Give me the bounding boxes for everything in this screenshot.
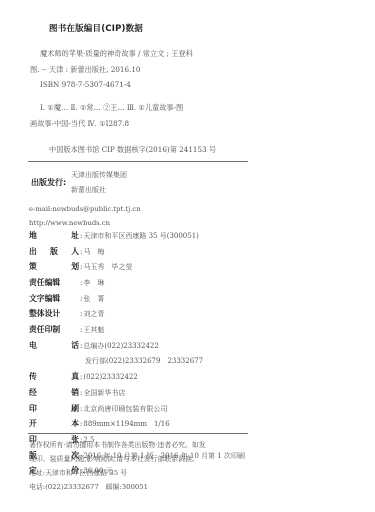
info-label-char: 策 bbox=[29, 261, 37, 272]
info-label-char: 整体设计 bbox=[29, 308, 60, 319]
info-label-char: 开 bbox=[29, 418, 37, 429]
divider-top bbox=[28, 161, 248, 162]
cip-record-line-isbn: ISBN 978-7-5307-4671-4 bbox=[30, 77, 230, 93]
label-colon: : bbox=[80, 248, 82, 256]
format-row: 开本:889mm×1194mm 1/16 bbox=[29, 418, 289, 434]
info-value: 马玉秀 毕之莹 bbox=[83, 262, 132, 272]
label-colon: : bbox=[80, 373, 82, 381]
responsible-editor-row: 责任编辑:李 琳 bbox=[29, 277, 289, 293]
cip-number: 中国版本图书馆 CIP 数据核字(2016)第 241153 号 bbox=[49, 145, 216, 155]
info-label-char: 传 bbox=[29, 371, 37, 382]
info-value: 总编办(022)23332422 bbox=[83, 341, 158, 351]
info-label-char: 地 bbox=[29, 230, 37, 241]
cip-record-line-publisher: 图. -- 天津 : 新蕾出版社, 2016.10 bbox=[30, 62, 230, 78]
info-value: 马 梅 bbox=[83, 247, 104, 257]
info-label: 地址 bbox=[29, 230, 79, 241]
info-label-char: 电 bbox=[29, 340, 37, 351]
info-value: 天津市和平区西康路 35 号(300051) bbox=[83, 231, 199, 241]
info-label-char: 刷 bbox=[71, 403, 79, 414]
label-colon: : bbox=[80, 389, 82, 397]
info-label-char: 印 bbox=[29, 403, 37, 414]
info-label-char: 责任印制 bbox=[29, 324, 60, 335]
cip-classification: Ⅰ. ①魔… Ⅱ. ①常… ②王… Ⅲ. ①儿童故事-图 画故事-中国-当代 Ⅳ… bbox=[30, 100, 230, 131]
publisher-label: 出版发行: bbox=[31, 177, 66, 188]
info-value: 李 琳 bbox=[83, 278, 104, 288]
footer-address: 地址:天津市和平区西康路 35 号 bbox=[29, 466, 206, 480]
cip-record: 魔术师的苹果·质量的神奇故事 / 常立文 ; 王登科 图. -- 天津 : 新蕾… bbox=[30, 46, 230, 93]
info-label: 电话 bbox=[29, 340, 79, 351]
info-label: 出版人 bbox=[29, 246, 79, 257]
printer-row: 印刷:北京尚唐印刷包装有限公司 bbox=[29, 403, 289, 419]
print-supervisor-row: 责任印制:王其魁 bbox=[29, 324, 289, 340]
label-colon: : bbox=[80, 295, 82, 303]
label-colon: : bbox=[80, 310, 82, 318]
cip-record-line-title: 魔术师的苹果·质量的神奇故事 / 常立文 ; 王登科 bbox=[30, 46, 230, 62]
info-label-char: 话 bbox=[71, 340, 79, 351]
planner-row: 策划:马玉秀 毕之莹 bbox=[29, 261, 289, 277]
info-value: 刘之青 bbox=[83, 309, 104, 319]
info-value: (022)23332422 bbox=[83, 373, 137, 381]
info-label-char: 址 bbox=[71, 230, 79, 241]
info-label-char: 出 bbox=[29, 246, 37, 257]
info-value: 王其魁 bbox=[83, 325, 104, 335]
info-label: 策划 bbox=[29, 261, 79, 272]
info-label-char: 本 bbox=[71, 418, 79, 429]
info-label-char: 版 bbox=[50, 246, 58, 257]
address-row: 地址:天津市和平区西康路 35 号(300051) bbox=[29, 230, 289, 246]
info-label: 传真 bbox=[29, 371, 79, 382]
copyright-page: 图书在版编目(CIP)数据 魔术师的苹果·质量的神奇故事 / 常立文 ; 王登科… bbox=[0, 0, 375, 512]
publisher-person-row: 出版人:马 梅 bbox=[29, 246, 289, 262]
info-value: 张 菁 bbox=[83, 294, 104, 304]
publisher-house-name: 新蕾出版社 bbox=[71, 183, 127, 198]
copyright-notice: 著作权所有·请勿擅用本书制作各类出版物·违者必究。如发 现印、装质量问题,影响阅… bbox=[29, 438, 206, 494]
label-colon: : bbox=[80, 405, 82, 413]
publisher-names: 天津出版传媒集团 新蕾出版社 bbox=[71, 168, 127, 198]
copyright-notice-line-2: 现印、装质量问题,影响阅读,请与本社发行部联系调换。 bbox=[29, 452, 206, 466]
label-colon: : bbox=[80, 326, 82, 334]
footer-phone-postcode: 电话:(022)23332677 邮编:300051 bbox=[29, 480, 206, 494]
info-label-char: 文字编辑 bbox=[29, 293, 60, 304]
info-label-char: 人 bbox=[71, 246, 79, 257]
info-label: 文字编辑 bbox=[29, 293, 79, 304]
info-label-char: 销 bbox=[71, 387, 79, 398]
label-colon: : bbox=[80, 342, 82, 350]
phone-row-continued: 发行部(022)23332679 23332677 bbox=[29, 356, 289, 372]
info-value: 北京尚唐印刷包装有限公司 bbox=[83, 404, 167, 414]
phone-row: 电话:总编办(022)23332422 bbox=[29, 340, 289, 356]
info-label: 开本 bbox=[29, 418, 79, 429]
info-label-char: 责任编辑 bbox=[29, 277, 60, 288]
info-label: 印刷 bbox=[29, 403, 79, 414]
info-value: 889mm×1194mm 1/16 bbox=[83, 419, 169, 429]
label-colon: : bbox=[80, 232, 82, 240]
copyright-notice-line-1: 著作权所有·请勿擅用本书制作各类出版物·违者必究。如发 bbox=[29, 438, 206, 452]
publisher-website: http://www.newbuds.cn bbox=[29, 219, 110, 227]
text-editor-row: 文字编辑:张 菁 bbox=[29, 293, 289, 309]
label-colon: : bbox=[80, 279, 82, 287]
distributor-row: 经销:全国新华书店 bbox=[29, 387, 289, 403]
info-label: 责任编辑 bbox=[29, 277, 79, 288]
info-label: 责任印制 bbox=[29, 324, 79, 335]
divider-bottom bbox=[28, 433, 248, 434]
info-label-char: 真 bbox=[71, 371, 79, 382]
info-value: 发行部(022)23332679 23332677 bbox=[29, 356, 203, 366]
label-colon: : bbox=[80, 420, 82, 428]
publisher-email: e-mail:newbuds@public.tpt.tj.cn bbox=[29, 205, 141, 213]
info-value: 全国新华书店 bbox=[83, 388, 125, 398]
overall-design-row: 整体设计:刘之青 bbox=[29, 308, 289, 324]
info-label-char: 经 bbox=[29, 387, 37, 398]
fax-row: 传真:(022)23332422 bbox=[29, 371, 289, 387]
cip-classification-line-1: Ⅰ. ①魔… Ⅱ. ①常… ②王… Ⅲ. ①儿童故事-图 bbox=[30, 100, 230, 116]
info-label: 整体设计 bbox=[29, 308, 79, 319]
cip-heading: 图书在版编目(CIP)数据 bbox=[49, 22, 143, 34]
cip-classification-line-2: 画故事-中国-当代 Ⅳ. ①I287.8 bbox=[30, 116, 230, 132]
publisher-group-name: 天津出版传媒集团 bbox=[71, 168, 127, 183]
info-label: 经销 bbox=[29, 387, 79, 398]
info-label-char: 划 bbox=[71, 261, 79, 272]
label-colon: : bbox=[80, 263, 82, 271]
